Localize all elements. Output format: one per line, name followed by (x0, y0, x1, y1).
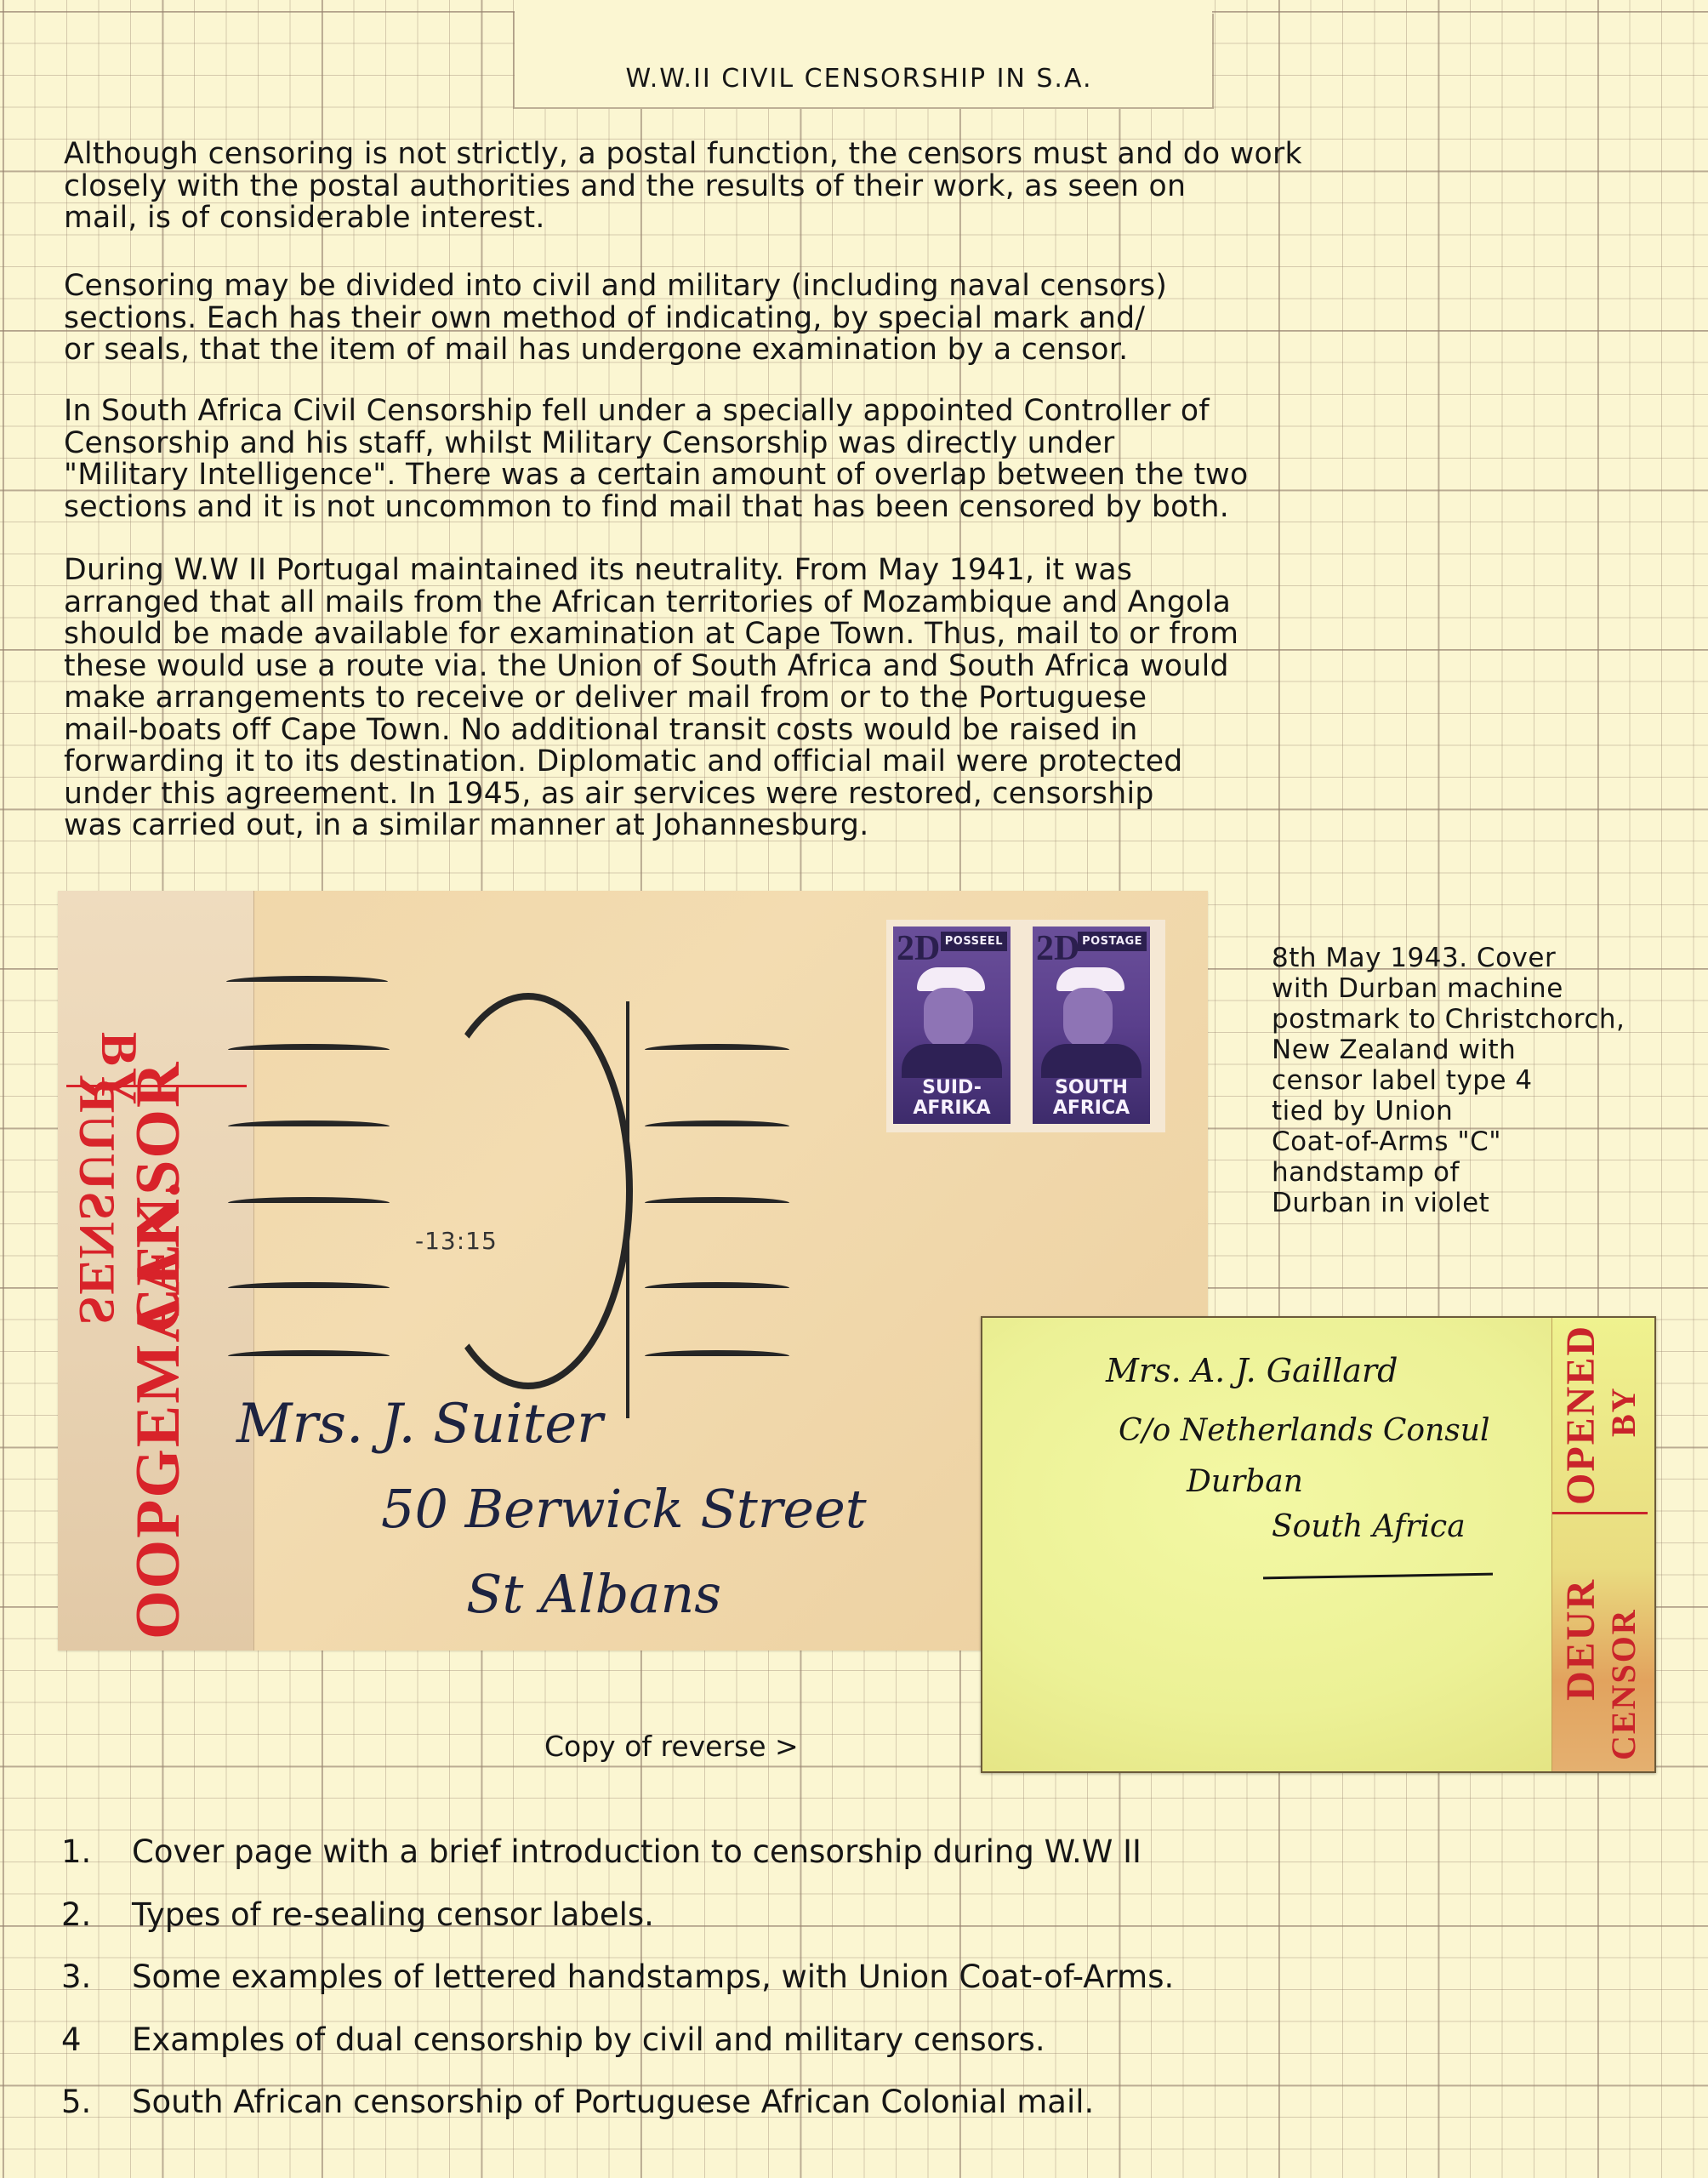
censor-label: BY CENSOR SENSUUR OOPGEMAAK. (58, 891, 254, 1651)
list-item: 4 Examples of dual censorship by civil a… (61, 2009, 1677, 2072)
caption-line: Durban in violet (1272, 1188, 1671, 1218)
contents-list: 1. Cover page with a brief introduction … (61, 1821, 1677, 2134)
caption-line: censor label type 4 (1272, 1065, 1671, 1096)
caption-line: handstamp of (1272, 1157, 1671, 1188)
intro-paragraph-4: During W.W II Portugal maintained its ne… (64, 555, 1663, 842)
stamp-denomination: 2D (897, 928, 940, 969)
text-line: mail, is of considerable interest. (64, 202, 1646, 235)
caption-line: with Durban machine (1272, 973, 1671, 1004)
text-line: During W.W II Portugal maintained its ne… (64, 555, 1646, 587)
address-line: Mrs. A. J. Gaillard (1106, 1352, 1398, 1389)
page-title: W.W.II CIVIL CENSORSHIP IN S.A. (527, 64, 1191, 94)
text-line: Censoring may be divided into civil and … (64, 271, 1646, 303)
copy-of-reverse-label: Copy of reverse > (544, 1730, 799, 1763)
stamp-suid-afrika: 2D POSSEEL SUID-AFRIKA (893, 927, 1011, 1124)
caption-line: New Zealand with (1272, 1035, 1671, 1065)
text-line: Censorship and his staff, whilst Militar… (64, 428, 1646, 460)
text-line: arranged that all mails from the African… (64, 587, 1646, 619)
caption-line: 8th May 1943. Cover (1272, 943, 1671, 973)
text-line: or seals, that the item of mail has unde… (64, 334, 1646, 367)
stamp-caption: POSTAGE (1078, 932, 1147, 951)
list-item-number: 3. (61, 1946, 132, 2009)
list-item: 3. Some examples of lettered handstamps,… (61, 1946, 1677, 2009)
text-line: closely with the postal authorities and … (64, 171, 1646, 203)
text-line: sections. Each has their own method of i… (64, 303, 1646, 335)
censor-label-text-oopgemaak: OOPGEMAAK. (122, 1180, 195, 1639)
list-item-number: 1. (61, 1821, 132, 1884)
reverse-censor-text-censor: CENSOR (1603, 1608, 1643, 1760)
list-item-text: Cover page with a brief introduction to … (132, 1821, 1142, 1884)
list-item: 5. South African censorship of Portugues… (61, 2071, 1677, 2134)
list-item-text: Examples of dual censorship by civil and… (132, 2009, 1045, 2072)
list-item-text: Some examples of lettered handstamps, wi… (132, 1946, 1174, 2009)
intro-paragraph-3: In South Africa Civil Censorship fell un… (64, 396, 1663, 523)
cover-reverse-image: Mrs. A. J. Gaillard C/o Netherlands Cons… (981, 1316, 1656, 1773)
caption-line: postmark to Christchorch, (1272, 1004, 1671, 1035)
text-line: make arrangements to receive or deliver … (64, 682, 1646, 715)
intro-paragraph-1: Although censoring is not strictly, a po… (64, 139, 1663, 235)
stamp-country: SUID-AFRIKA (893, 1078, 1011, 1119)
address-line: C/o Netherlands Consul (1119, 1413, 1489, 1448)
text-line: mail-boats off Cape Town. No additional … (64, 715, 1646, 747)
list-item-text: South African censorship of Portuguese A… (132, 2071, 1094, 2134)
caption-line: Coat-of-Arms "C" (1272, 1126, 1671, 1157)
list-item-number: 2. (61, 1884, 132, 1947)
stamp-country: SOUTH AFRICA (1033, 1078, 1150, 1119)
text-line: these would use a route via. the Union o… (64, 651, 1646, 683)
stamp-south-africa: 2D POSTAGE SOUTH AFRICA (1033, 927, 1150, 1124)
address-line: Durban (1187, 1464, 1303, 1499)
stamp-pair: 2D POSSEEL SUID-AFRIKA 2D POSTAGE SOUTH … (886, 920, 1165, 1132)
address-line: St Albans (466, 1563, 721, 1625)
address-line: 50 Berwick Street (381, 1478, 867, 1540)
text-line: Although censoring is not strictly, a po… (64, 139, 1646, 171)
postmark-time: -13:15 (415, 1227, 498, 1255)
reverse-censor-text-by: BY (1603, 1386, 1643, 1437)
text-line: sections and it is not uncommon to find … (64, 492, 1646, 524)
reverse-censor-divider (1552, 1512, 1648, 1514)
list-item: 1. Cover page with a brief introduction … (61, 1821, 1677, 1884)
text-line: forwarding it to its destination. Diplom… (64, 746, 1646, 778)
list-item-number: 4 (61, 2009, 132, 2072)
text-line: In South Africa Civil Censorship fell un… (64, 396, 1646, 428)
reverse-censor-text-deur: DEUR (1557, 1578, 1604, 1701)
address-line: Mrs. J. Suiter (236, 1393, 603, 1456)
stamp-denomination: 2D (1036, 928, 1079, 969)
text-line: was carried out, in a similar manner at … (64, 810, 1646, 842)
censor-label-text-partial-bottom: SENSUUR (67, 1075, 126, 1325)
text-line: should be made available for examination… (64, 619, 1646, 651)
cover-caption: 8th May 1943. Cover with Durban machine … (1272, 943, 1671, 1218)
reverse-censor-label: OPENED BY DEUR CENSOR (1551, 1318, 1654, 1771)
list-item-number: 5. (61, 2071, 132, 2134)
list-item: 2. Types of re-sealing censor labels. (61, 1884, 1677, 1947)
stamp-caption: POSSEEL (941, 932, 1007, 951)
caption-line: tied by Union (1272, 1096, 1671, 1126)
intro-paragraph-2: Censoring may be divided into civil and … (64, 271, 1663, 367)
text-line: under this agreement. In 1945, as air se… (64, 778, 1646, 811)
address-line: South Africa (1272, 1509, 1466, 1544)
text-line: "Military Intelligence". There was a cer… (64, 459, 1646, 492)
reverse-censor-text-opened: OPENED (1557, 1325, 1604, 1505)
list-item-text: Types of re-sealing censor labels. (132, 1884, 654, 1947)
